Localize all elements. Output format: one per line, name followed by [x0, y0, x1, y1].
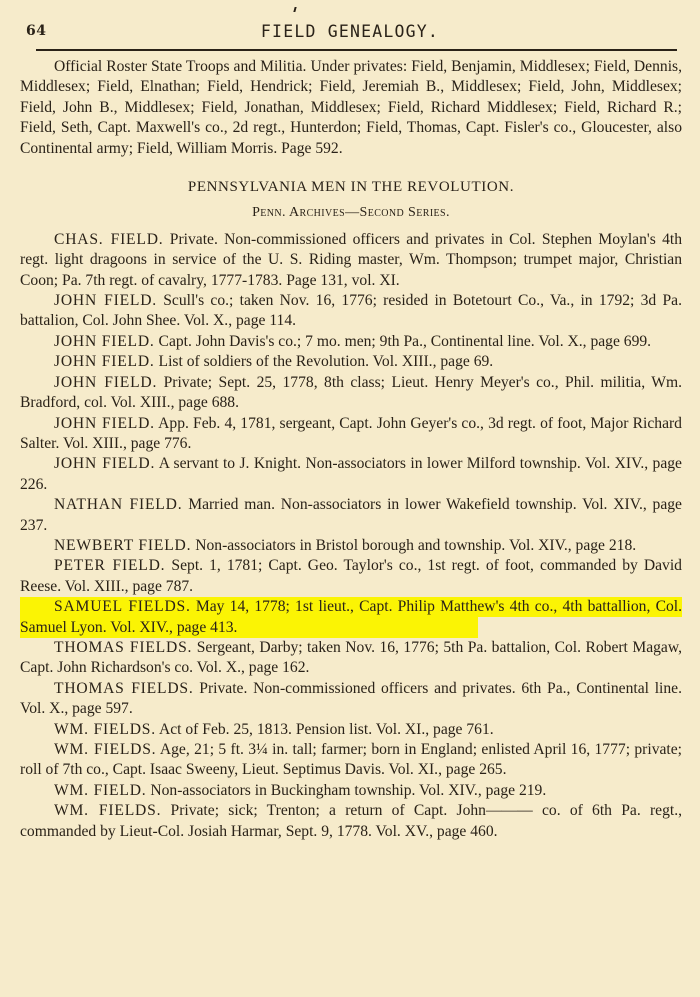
entry-name: JOHN FIELD. [54, 333, 155, 350]
section-subtitle: Penn. Archives—Second Series. [20, 203, 682, 223]
entry-wm-fields-2: WM. FIELDS. Age, 21; 5 ft. 3¼ in. tall; … [20, 740, 682, 781]
entry-name: JOHN FIELD. [54, 353, 155, 370]
entry-john-field-3: JOHN FIELD. List of soldiers of the Revo… [20, 352, 682, 372]
entry-name: WM. FIELDS. [54, 741, 156, 758]
entry-john-field-4: JOHN FIELD. Private; Sept. 25, 1778, 8th… [20, 373, 682, 414]
section-title: PENNSYLVANIA MEN IN THE REVOLUTION. [20, 177, 682, 197]
entry-name: SAMUEL FIELDS. [54, 598, 191, 615]
entry-name: JOHN FIELD. [54, 415, 155, 432]
entry-name: CHAS. FIELD. [54, 231, 163, 248]
entry-john-field-5: JOHN FIELD. App. Feb. 4, 1781, sergeant,… [20, 414, 682, 455]
entry-text: Non-associators in Bristol borough and t… [191, 537, 636, 554]
entry-name: WM. FIELD. [54, 782, 146, 799]
entry-name: NEWBERT FIELD. [54, 537, 191, 554]
entry-wm-fields-3: WM. FIELDS. Private; sick; Trenton; a re… [20, 801, 682, 842]
entry-samuel-fields: SAMUEL FIELDS. May 14, 1778; 1st lieut.,… [20, 597, 682, 638]
entry-wm-field: WM. FIELD. Non-associators in Buckingham… [20, 781, 682, 801]
intro-paragraph: Official Roster State Troops and Militia… [20, 57, 682, 159]
entry-text: Non-associators in Buckingham township. … [146, 782, 546, 799]
entry-text: Capt. John Davis's co.; 7 mo. men; 9th P… [155, 333, 651, 350]
entry-text: Act of Feb. 25, 1813. Pension list. Vol.… [156, 721, 494, 738]
entry-name: JOHN FIELD. [54, 374, 157, 391]
header-rule [36, 49, 677, 51]
entry-john-field-1: JOHN FIELD. Scull's co.; taken Nov. 16, … [20, 291, 682, 332]
entry-name: THOMAS FIELDS. [54, 639, 192, 656]
entry-name: WM. FIELDS. [54, 721, 156, 738]
entry-john-field-2: JOHN FIELD. Capt. John Davis's co.; 7 mo… [20, 332, 682, 352]
entry-name: JOHN FIELD. [54, 292, 157, 309]
running-head: 64 FIELD GENEALOGY. [20, 22, 680, 46]
entry-john-field-6: JOHN FIELD. A servant to J. Knight. Non-… [20, 454, 682, 495]
entry-thomas-fields-2: THOMAS FIELDS. Private. Non-commissioned… [20, 679, 682, 720]
entry-name: WM. FIELDS. [54, 802, 161, 819]
entry-text: List of soldiers of the Revolution. Vol.… [155, 353, 494, 370]
entry-peter-field: PETER FIELD. Sept. 1, 1781; Capt. Geo. T… [20, 556, 682, 597]
running-title: FIELD GENEALOGY. [20, 22, 680, 41]
page-body: Official Roster State Troops and Militia… [20, 57, 682, 842]
entry-wm-fields-1: WM. FIELDS. Act of Feb. 25, 1813. Pensio… [20, 720, 682, 740]
entry-newbert-field: NEWBERT FIELD. Non-associators in Bristo… [20, 536, 682, 556]
entry-nathan-field: NATHAN FIELD. Married man. Non-associato… [20, 495, 682, 536]
print-speck [293, 7, 296, 12]
highlighted-entry: SAMUEL FIELDS. May 14, 1778; 1st lieut.,… [20, 597, 682, 638]
entry-name: JOHN FIELD. [54, 455, 155, 472]
entry-name: NATHAN FIELD. [54, 496, 182, 513]
entry-thomas-fields-1: THOMAS FIELDS. Sergeant, Darby; taken No… [20, 638, 682, 679]
entry-name: THOMAS FIELDS. [54, 680, 194, 697]
entry-name: PETER FIELD. [54, 557, 165, 574]
entry-chas-field: CHAS. FIELD. Private. Non-commissioned o… [20, 230, 682, 291]
